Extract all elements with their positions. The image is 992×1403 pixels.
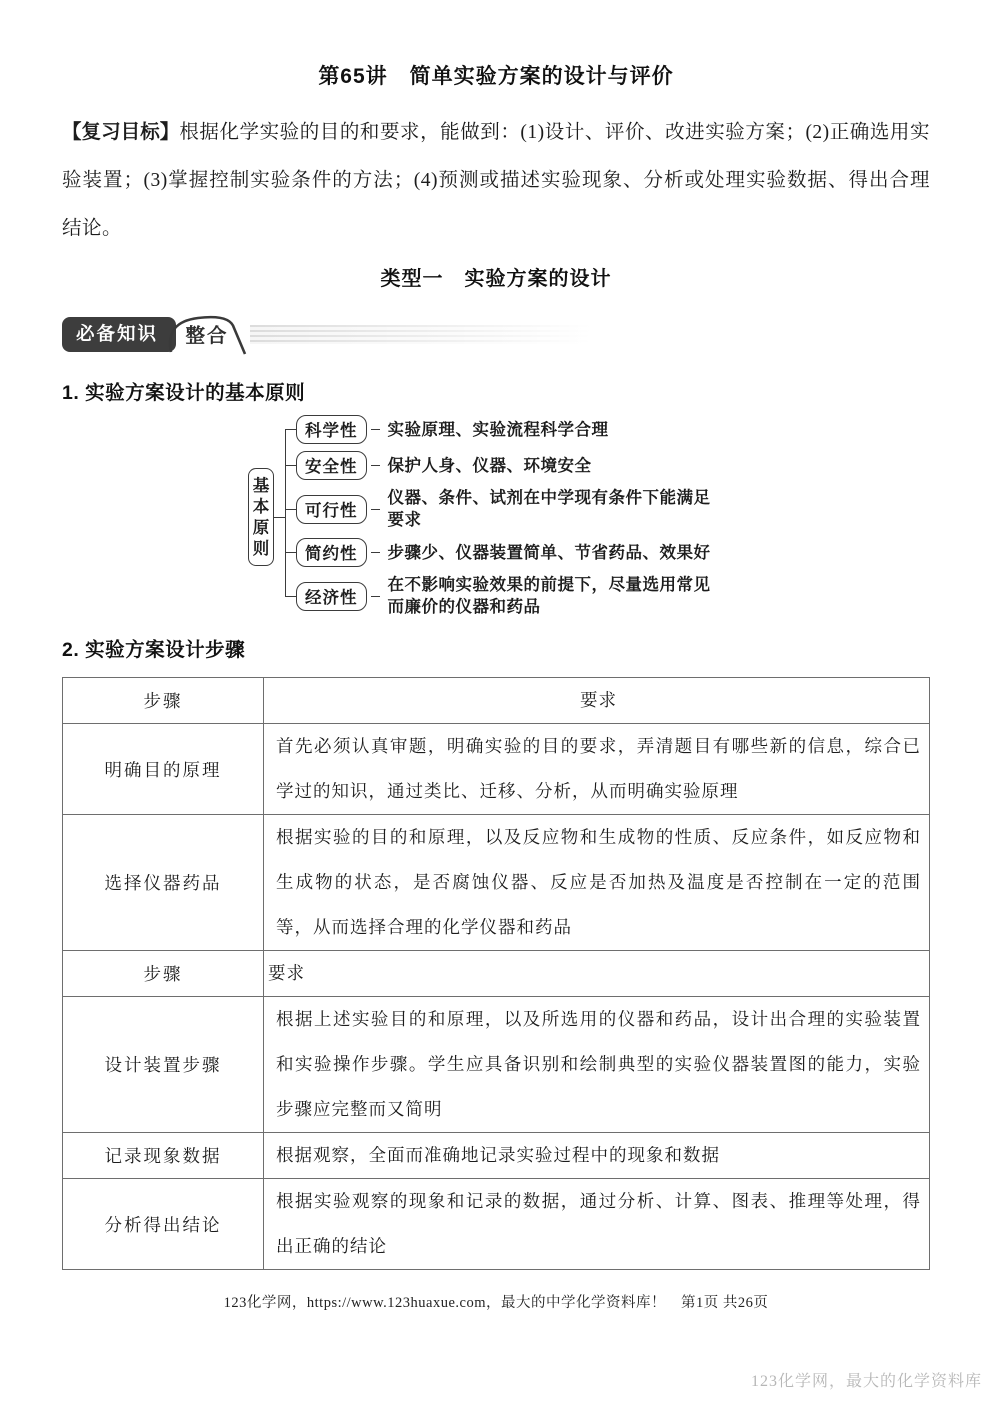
diagram-branch-safety: 安全性 保护人身、仪器、环境安全 [285, 451, 928, 480]
branch-connector [285, 429, 296, 430]
table-row: 明确目的原理 首先必须认真审题，明确实验的目的要求，弄清题目有哪些新的信息，综合… [63, 724, 930, 815]
diagram-branch-feasibility: 可行性 仪器、条件、试剂在中学现有条件下能满足要求 [285, 487, 928, 531]
branch-description: 保护人身、仪器、环境安全 [388, 455, 592, 477]
review-objective-text: 根据化学实验的目的和要求，能做到：(1)设计、评价、改进实验方案；(2)正确选用… [62, 122, 930, 239]
step-requirement: 根据上述实验目的和原理，以及所选用的仪器和药品，设计出合理的实验装置和实验操作步… [264, 997, 930, 1133]
page-footer: 123化学网，https://www.123huaxue.com，最大的中学化学… [0, 1291, 992, 1312]
step-requirement: 根据观察，全面而准确地记录实验过程中的现象和数据 [264, 1133, 930, 1179]
diagram-branches: 科学性 实验原理、实验流程科学合理 安全性 保护人身、仪器、环境安全 可行性 仪… [285, 415, 928, 618]
header-step: 步骤 [63, 678, 264, 724]
step-requirement: 根据实验观察的现象和记录的数据，通过分析、计算、图表、推理等处理，得出正确的结论 [264, 1179, 930, 1270]
table-row: 分析得出结论 根据实验观察的现象和记录的数据，通过分析、计算、图表、推理等处理，… [63, 1179, 930, 1270]
design-steps-table: 步骤 要求 明确目的原理 首先必须认真审题，明确实验的目的要求，弄清题目有哪些新… [62, 677, 930, 1270]
badge-secondary: 整合 [164, 313, 250, 355]
branch-label: 可行性 [296, 495, 367, 524]
branch-connector [285, 596, 296, 597]
step-requirement: 首先必须认真审题，明确实验的目的要求，弄清题目有哪些新的信息，综合已学过的知识，… [264, 724, 930, 815]
review-objective-label: 【复习目标】 [62, 121, 179, 143]
branch-connector [285, 552, 296, 553]
branch-label: 安全性 [296, 451, 367, 480]
table-row: 记录现象数据 根据观察，全面而准确地记录实验过程中的现象和数据 [63, 1133, 930, 1179]
principles-diagram: 基本原则 科学性 实验原理、实验流程科学合理 安全性 保护人身、仪器、环境安全 … [248, 415, 928, 618]
badge-secondary-label: 整合 [186, 320, 229, 348]
header-requirement: 要求 [264, 678, 930, 724]
badge-fade-strip [250, 325, 602, 344]
step-name: 明确目的原理 [63, 724, 264, 815]
branch-description: 步骤少、仪器装置简单、节省药品、效果好 [388, 542, 711, 564]
heading-steps: 2. 实验方案设计步骤 [62, 634, 930, 662]
branch-label: 科学性 [296, 415, 367, 444]
diagram-branch-economy: 经济性 在不影响实验效果的前提下，尽量选用常见而廉价的仪器和药品 [285, 574, 928, 618]
diagram-branch-simplicity: 简约性 步骤少、仪器装置简单、节省药品、效果好 [285, 538, 928, 567]
page-title: 第65讲 简单实验方案的设计与评价 [0, 0, 992, 90]
branch-connector [285, 465, 296, 466]
diagram-root-box: 基本原则 [248, 468, 274, 566]
branch-dash [371, 509, 380, 510]
review-objective-paragraph: 【复习目标】根据化学实验的目的和要求，能做到：(1)设计、评价、改进实验方案；(… [62, 108, 930, 253]
branch-dash [371, 552, 380, 553]
step-name: 分析得出结论 [63, 1179, 264, 1270]
watermark-text: 123化学网，最大的化学资料库 [751, 1368, 982, 1391]
table-header-row: 步骤 要求 [63, 678, 930, 724]
branch-dash [371, 596, 380, 597]
branch-description: 在不影响实验效果的前提下，尽量选用常见而廉价的仪器和药品 [388, 574, 720, 618]
document-page: 第65讲 简单实验方案的设计与评价 【复习目标】根据化学实验的目的和要求，能做到… [0, 0, 992, 1403]
knowledge-badge-bar: 必备知识 整合 [62, 313, 992, 355]
diagram-branch-scientific: 科学性 实验原理、实验流程科学合理 [285, 415, 928, 444]
table-repeat-header-row: 步骤 要求 [63, 951, 930, 997]
diagram-trunk-line [285, 429, 286, 596]
diagram-root-connector [274, 517, 285, 518]
branch-dash [371, 429, 380, 430]
header-step: 步骤 [63, 951, 264, 997]
step-name: 记录现象数据 [63, 1133, 264, 1179]
branch-label: 经济性 [296, 582, 367, 611]
step-requirement: 根据实验的目的和原理，以及反应物和生成物的性质、反应条件，如反应物和生成物的状态… [264, 815, 930, 951]
heading-principles: 1. 实验方案设计的基本原则 [62, 377, 930, 405]
branch-connector [285, 509, 296, 510]
branch-dash [371, 465, 380, 466]
branch-description: 实验原理、实验流程科学合理 [388, 419, 609, 441]
section-type-title: 类型一 实验方案的设计 [0, 262, 992, 291]
table-row: 设计装置步骤 根据上述实验目的和原理，以及所选用的仪器和药品，设计出合理的实验装… [63, 997, 930, 1133]
header-requirement: 要求 [264, 951, 930, 997]
badge-primary: 必备知识 [62, 317, 176, 352]
branch-label: 简约性 [296, 538, 367, 567]
branch-description: 仪器、条件、试剂在中学现有条件下能满足要求 [388, 487, 720, 531]
table-row: 选择仪器药品 根据实验的目的和原理，以及反应物和生成物的性质、反应条件，如反应物… [63, 815, 930, 951]
step-name: 选择仪器药品 [63, 815, 264, 951]
step-name: 设计装置步骤 [63, 997, 264, 1133]
